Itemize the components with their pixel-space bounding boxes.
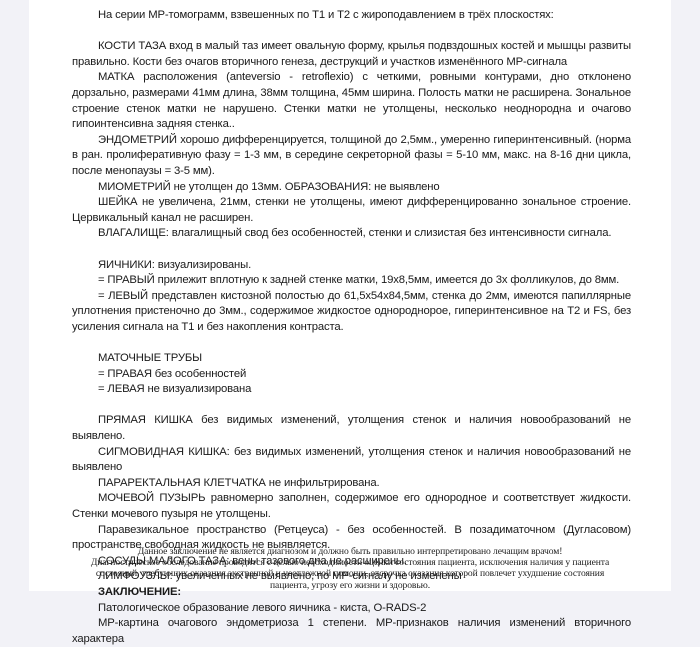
ovary-right-text: = ПРАВЫЙ прилежит вплотную к задней стен… xyxy=(72,273,631,289)
myometrium-text: МИОМЕТРИЙ не утолщен до 13мм. ОБРАЗОВАНИ… xyxy=(72,180,631,196)
uterus-text: МАТКА расположения (anteversio - retrofl… xyxy=(72,70,631,132)
pelvic-bones-text: КОСТИ ТАЗА вход в малый таз имеет овальн… xyxy=(72,39,631,70)
tubes-title: МАТОЧНЫЕ ТРУБЫ xyxy=(72,351,631,367)
disclaimer-line-3: состояний, требующих оказания экстренной… xyxy=(29,568,671,579)
ovary-left-text: = ЛЕВЫЙ представлен кистозной полостью д… xyxy=(72,289,631,336)
rectum-text: ПРЯМАЯ КИШКА без видимых изменений, утол… xyxy=(72,413,631,444)
tube-right-text: = ПРАВАЯ без особенностей xyxy=(72,367,631,383)
disclaimer-line-2: Диагностическое обследование проводится … xyxy=(29,557,671,568)
sigmoid-text: СИГМОВИДНАЯ КИШКА: без видимых изменений… xyxy=(72,445,631,476)
ovaries-title: ЯИЧНИКИ: визуализированы. xyxy=(72,258,631,274)
tube-left-text: = ЛЕВАЯ не визуализирована xyxy=(72,382,631,398)
report-body: На серии МР-томограмм, взвешенных по Т1 … xyxy=(72,0,631,591)
intro-text: На серии МР-томограмм, взвешенных по Т1 … xyxy=(72,8,631,24)
disclaimer-line-1: Данное заключение не является диагнозом … xyxy=(29,546,671,557)
disclaimer-line-4: пациента, угрозу его жизни и здоровью. xyxy=(29,580,671,591)
cervix-text: ШЕЙКА не увеличена, 21мм, стенки не утол… xyxy=(72,195,631,226)
pararectal-text: ПАРАРЕКТАЛЬНАЯ КЛЕТЧАТКА не инфильтриров… xyxy=(72,476,631,492)
bladder-text: МОЧЕВОЙ ПУЗЫРЬ равномерно заполнен, соде… xyxy=(72,491,631,522)
vagina-text: ВЛАГАЛИЩЕ: влагалищный свод без особенно… xyxy=(72,226,631,242)
endometrium-text: ЭНДОМЕТРИЙ хорошо дифференцируется, толщ… xyxy=(72,133,631,180)
disclaimer: Данное заключение не является диагнозом … xyxy=(29,546,671,591)
